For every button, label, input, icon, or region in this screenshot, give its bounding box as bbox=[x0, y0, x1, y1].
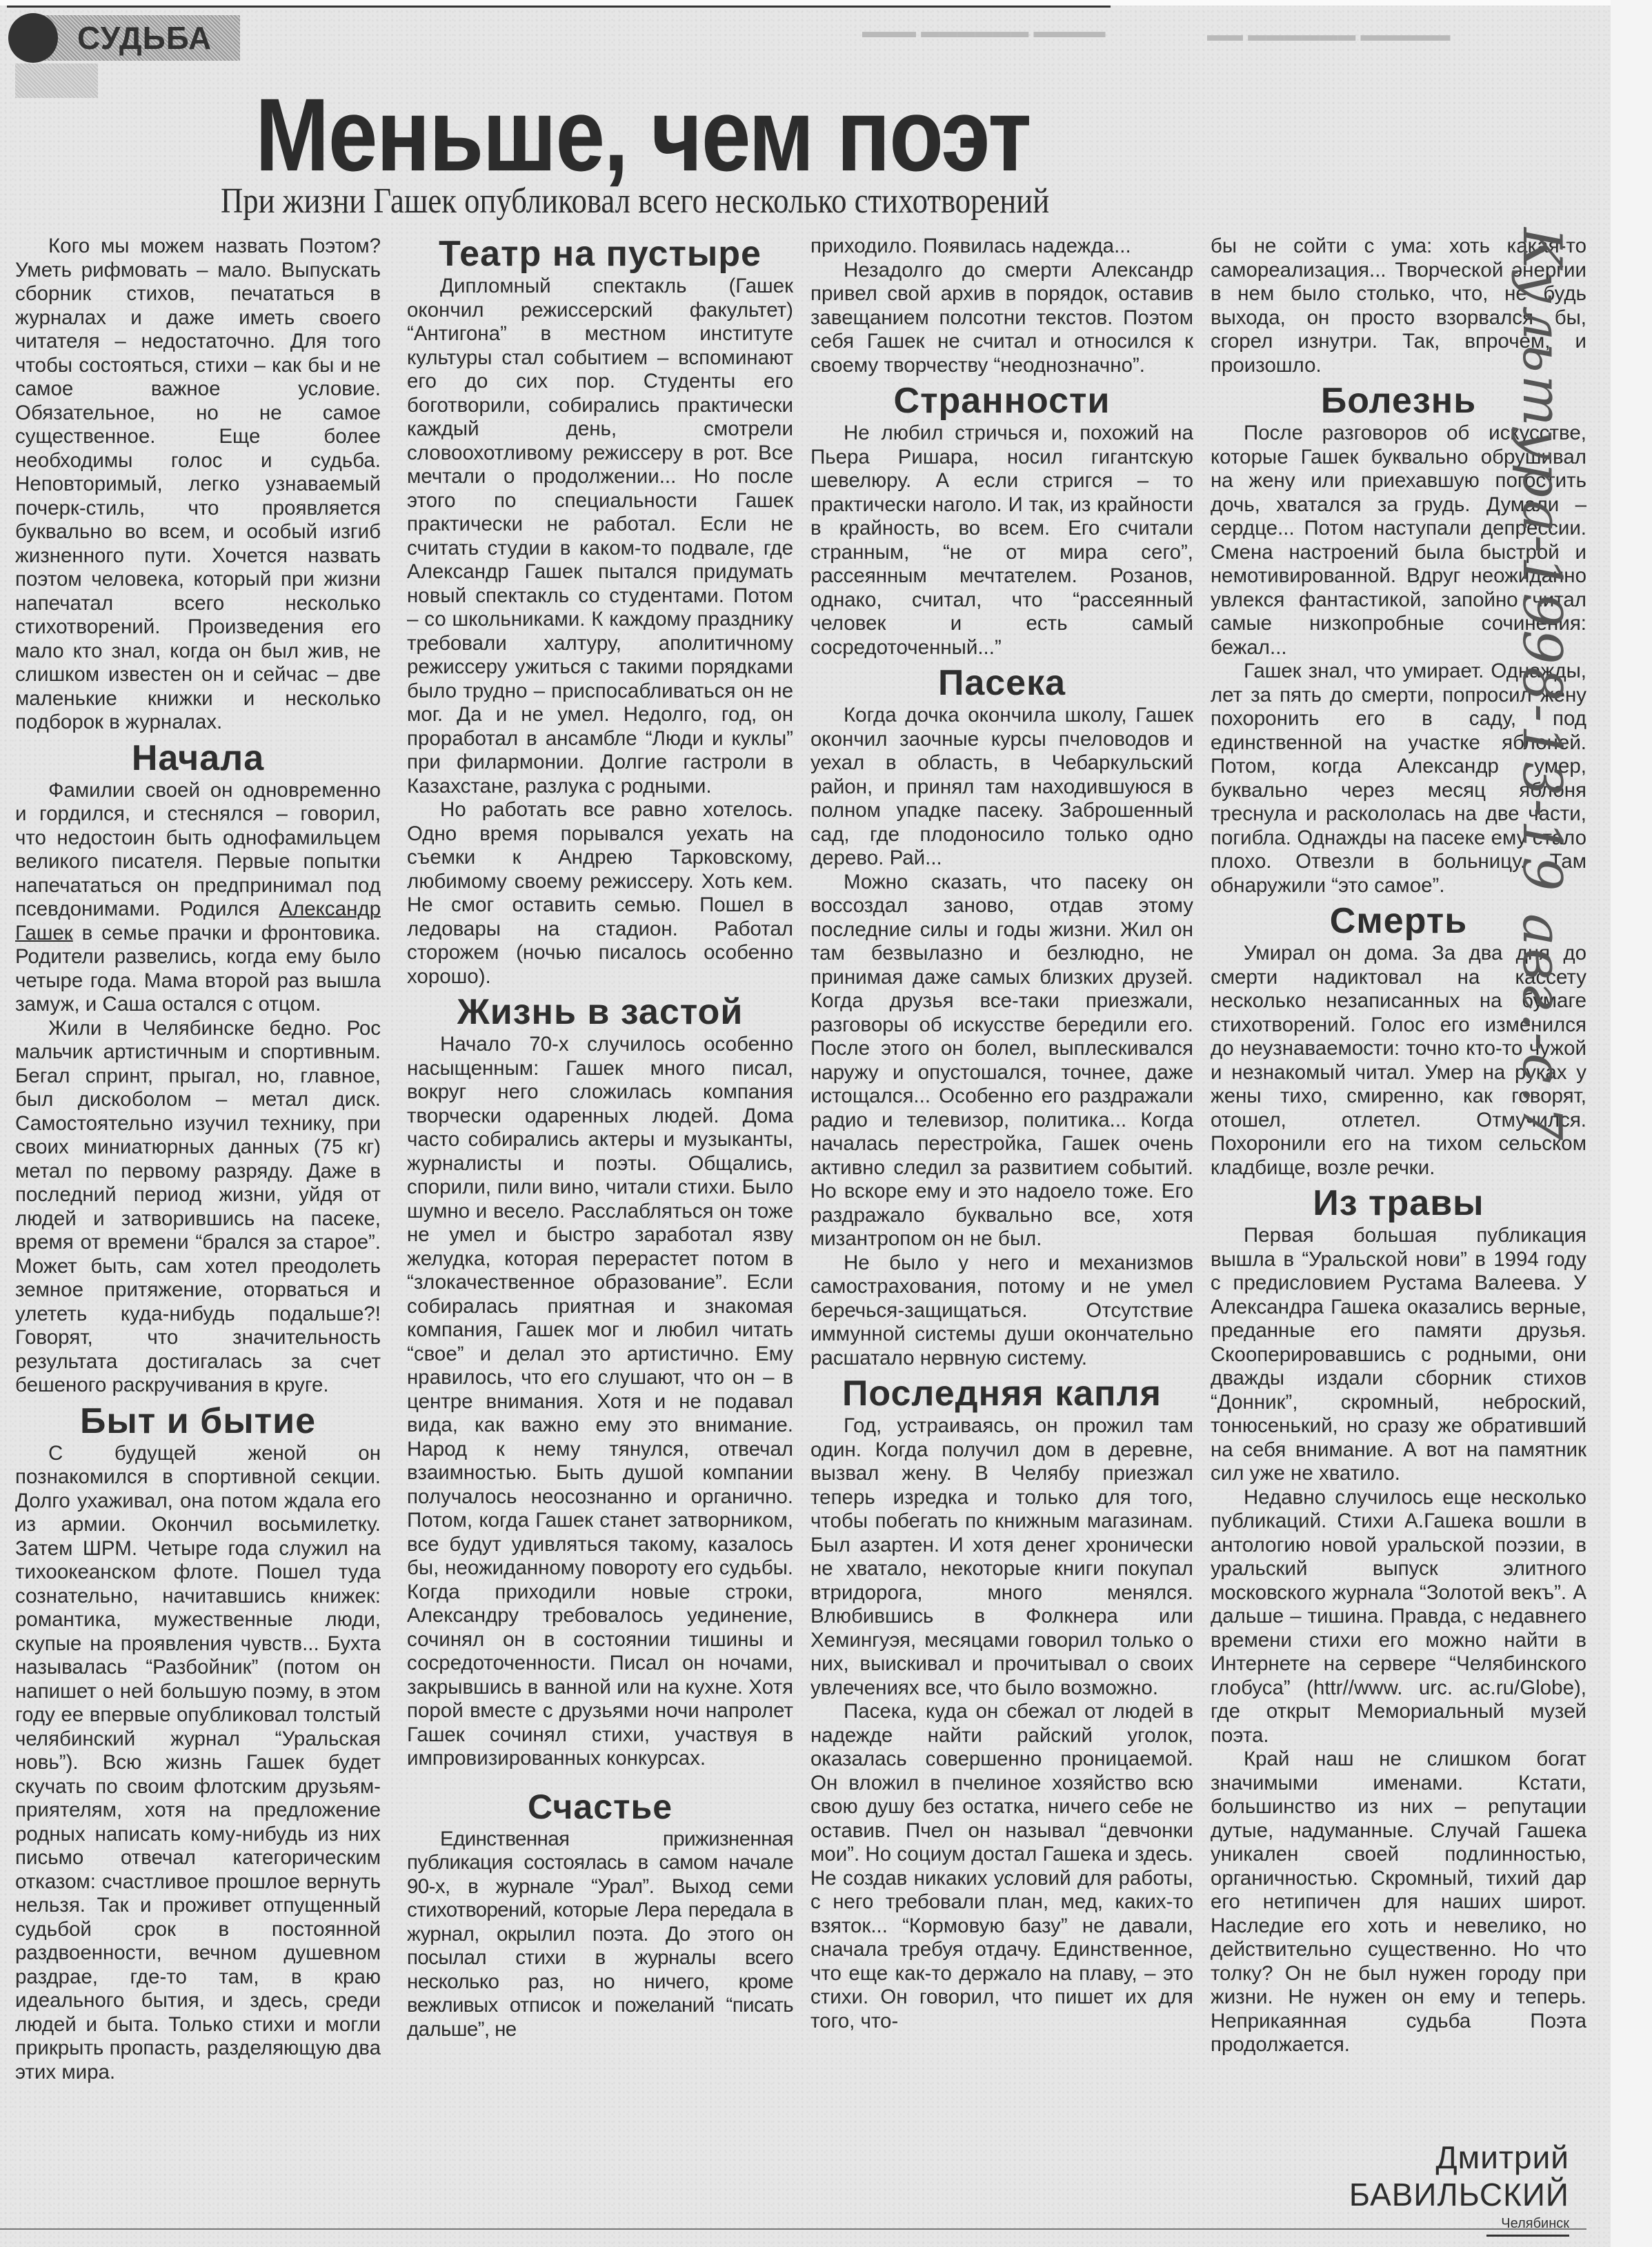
handwritten-citation-note: Культура-1998-13-19 авг.-с.7 bbox=[1490, 228, 1573, 1332]
scan-right-edge bbox=[1611, 0, 1652, 2247]
paragraph: Пасека, куда он сбежал от людей в надежд… bbox=[810, 1700, 1193, 2033]
paragraph: Единственная прижизненная публикация сос… bbox=[407, 1828, 793, 2042]
bleed-through-text: ▬▬▬▬▬ ▬▬▬▬▬▬ ▬▬ bbox=[1207, 24, 1450, 46]
paragraph: Когда дочка окончила школу, Гашек окончи… bbox=[810, 704, 1193, 871]
author-city: Челябинск bbox=[1486, 2216, 1569, 2237]
heading-paseka: Пасека bbox=[810, 664, 1193, 702]
bleed-through-text: ▬▬▬▬ ▬▬▬▬▬▬ ▬▬▬ bbox=[862, 21, 1105, 42]
section-label-text: СУДЬБА bbox=[77, 19, 212, 57]
paragraph: Не было у него и механизмов самострахова… bbox=[810, 1251, 1193, 1371]
byline: Дмитрий БАВИЛЬСКИЙ Челябинск bbox=[1217, 2139, 1569, 2237]
paragraph: Не любил стричься и, похожий на Пьера Ри… bbox=[810, 422, 1193, 660]
heading-nachala: Начала bbox=[15, 739, 381, 778]
top-rule-divider bbox=[7, 6, 1111, 8]
heading-schastye: Счастье bbox=[407, 1788, 793, 1826]
author-name: Дмитрий БАВИЛЬСКИЙ bbox=[1217, 2139, 1569, 2213]
headline: Меньше, чем поэт bbox=[255, 83, 1204, 186]
heading-strannosti: Странности bbox=[810, 382, 1193, 420]
paragraph: Жили в Челябинске бедно. Рос мальчик арт… bbox=[15, 1017, 381, 1398]
paragraph: Начало 70-х случилось особенно насыщенны… bbox=[407, 1033, 793, 1771]
bottom-rule-divider bbox=[0, 2228, 1586, 2230]
column-2: Театр на пустыре Дипломный спектакль (Га… bbox=[407, 235, 793, 2041]
heading-zhizn-v-zastoy: Жизнь в застой bbox=[407, 993, 793, 1031]
newspaper-page: ▬▬▬▬ ▬▬▬▬▬▬ ▬▬▬ ▬▬▬▬▬ ▬▬▬▬▬▬ ▬▬ СУДЬБА М… bbox=[0, 0, 1652, 2247]
paragraph: Но работать все равно хотелось. Одно вре… bbox=[407, 798, 793, 989]
paragraph: Дипломный спектакль (Гашек окончил режис… bbox=[407, 275, 793, 798]
bullet-dot-icon bbox=[8, 13, 58, 63]
paragraph: Край наш не слишком богат значимыми имен… bbox=[1211, 1748, 1586, 2057]
heading-byt-i-bytie: Быт и бытие bbox=[15, 1402, 381, 1441]
subheadline: При жизни Гашек опубликовал всего нескол… bbox=[221, 181, 1288, 221]
paragraph-continued: приходило. Появилась надежда... bbox=[810, 235, 1193, 259]
paragraph: Фамилии своей он одновременно и гордился… bbox=[15, 779, 381, 1017]
intro-paragraph: Кого мы можем назвать Поэтом? Уметь рифм… bbox=[15, 235, 381, 735]
scan-top-edge bbox=[0, 0, 1652, 6]
section-label-shadow bbox=[15, 63, 98, 98]
paragraph: Недавно случилось еще несколько публикац… bbox=[1211, 1486, 1586, 1748]
heading-poslednyaya-kaplya: Последняя капля bbox=[810, 1374, 1193, 1413]
section-label: СУДЬБА bbox=[8, 14, 243, 62]
paragraph: С будущей женой он познакомился в спорти… bbox=[15, 1442, 381, 2085]
column-3: приходило. Появилась надежда... Незадолг… bbox=[810, 235, 1193, 2033]
column-1: Кого мы можем назвать Поэтом? Уметь рифм… bbox=[15, 235, 381, 2084]
paragraph: Год, устраиваясь, он прожил там один. Ко… bbox=[810, 1414, 1193, 1700]
paragraph: Незадолго до смерти Александр привел сво… bbox=[810, 259, 1193, 378]
paragraph: Можно сказать, что пасеку он воссоздал з… bbox=[810, 871, 1193, 1251]
heading-teatr-na-pustyre: Театр на пустыре bbox=[407, 235, 793, 273]
